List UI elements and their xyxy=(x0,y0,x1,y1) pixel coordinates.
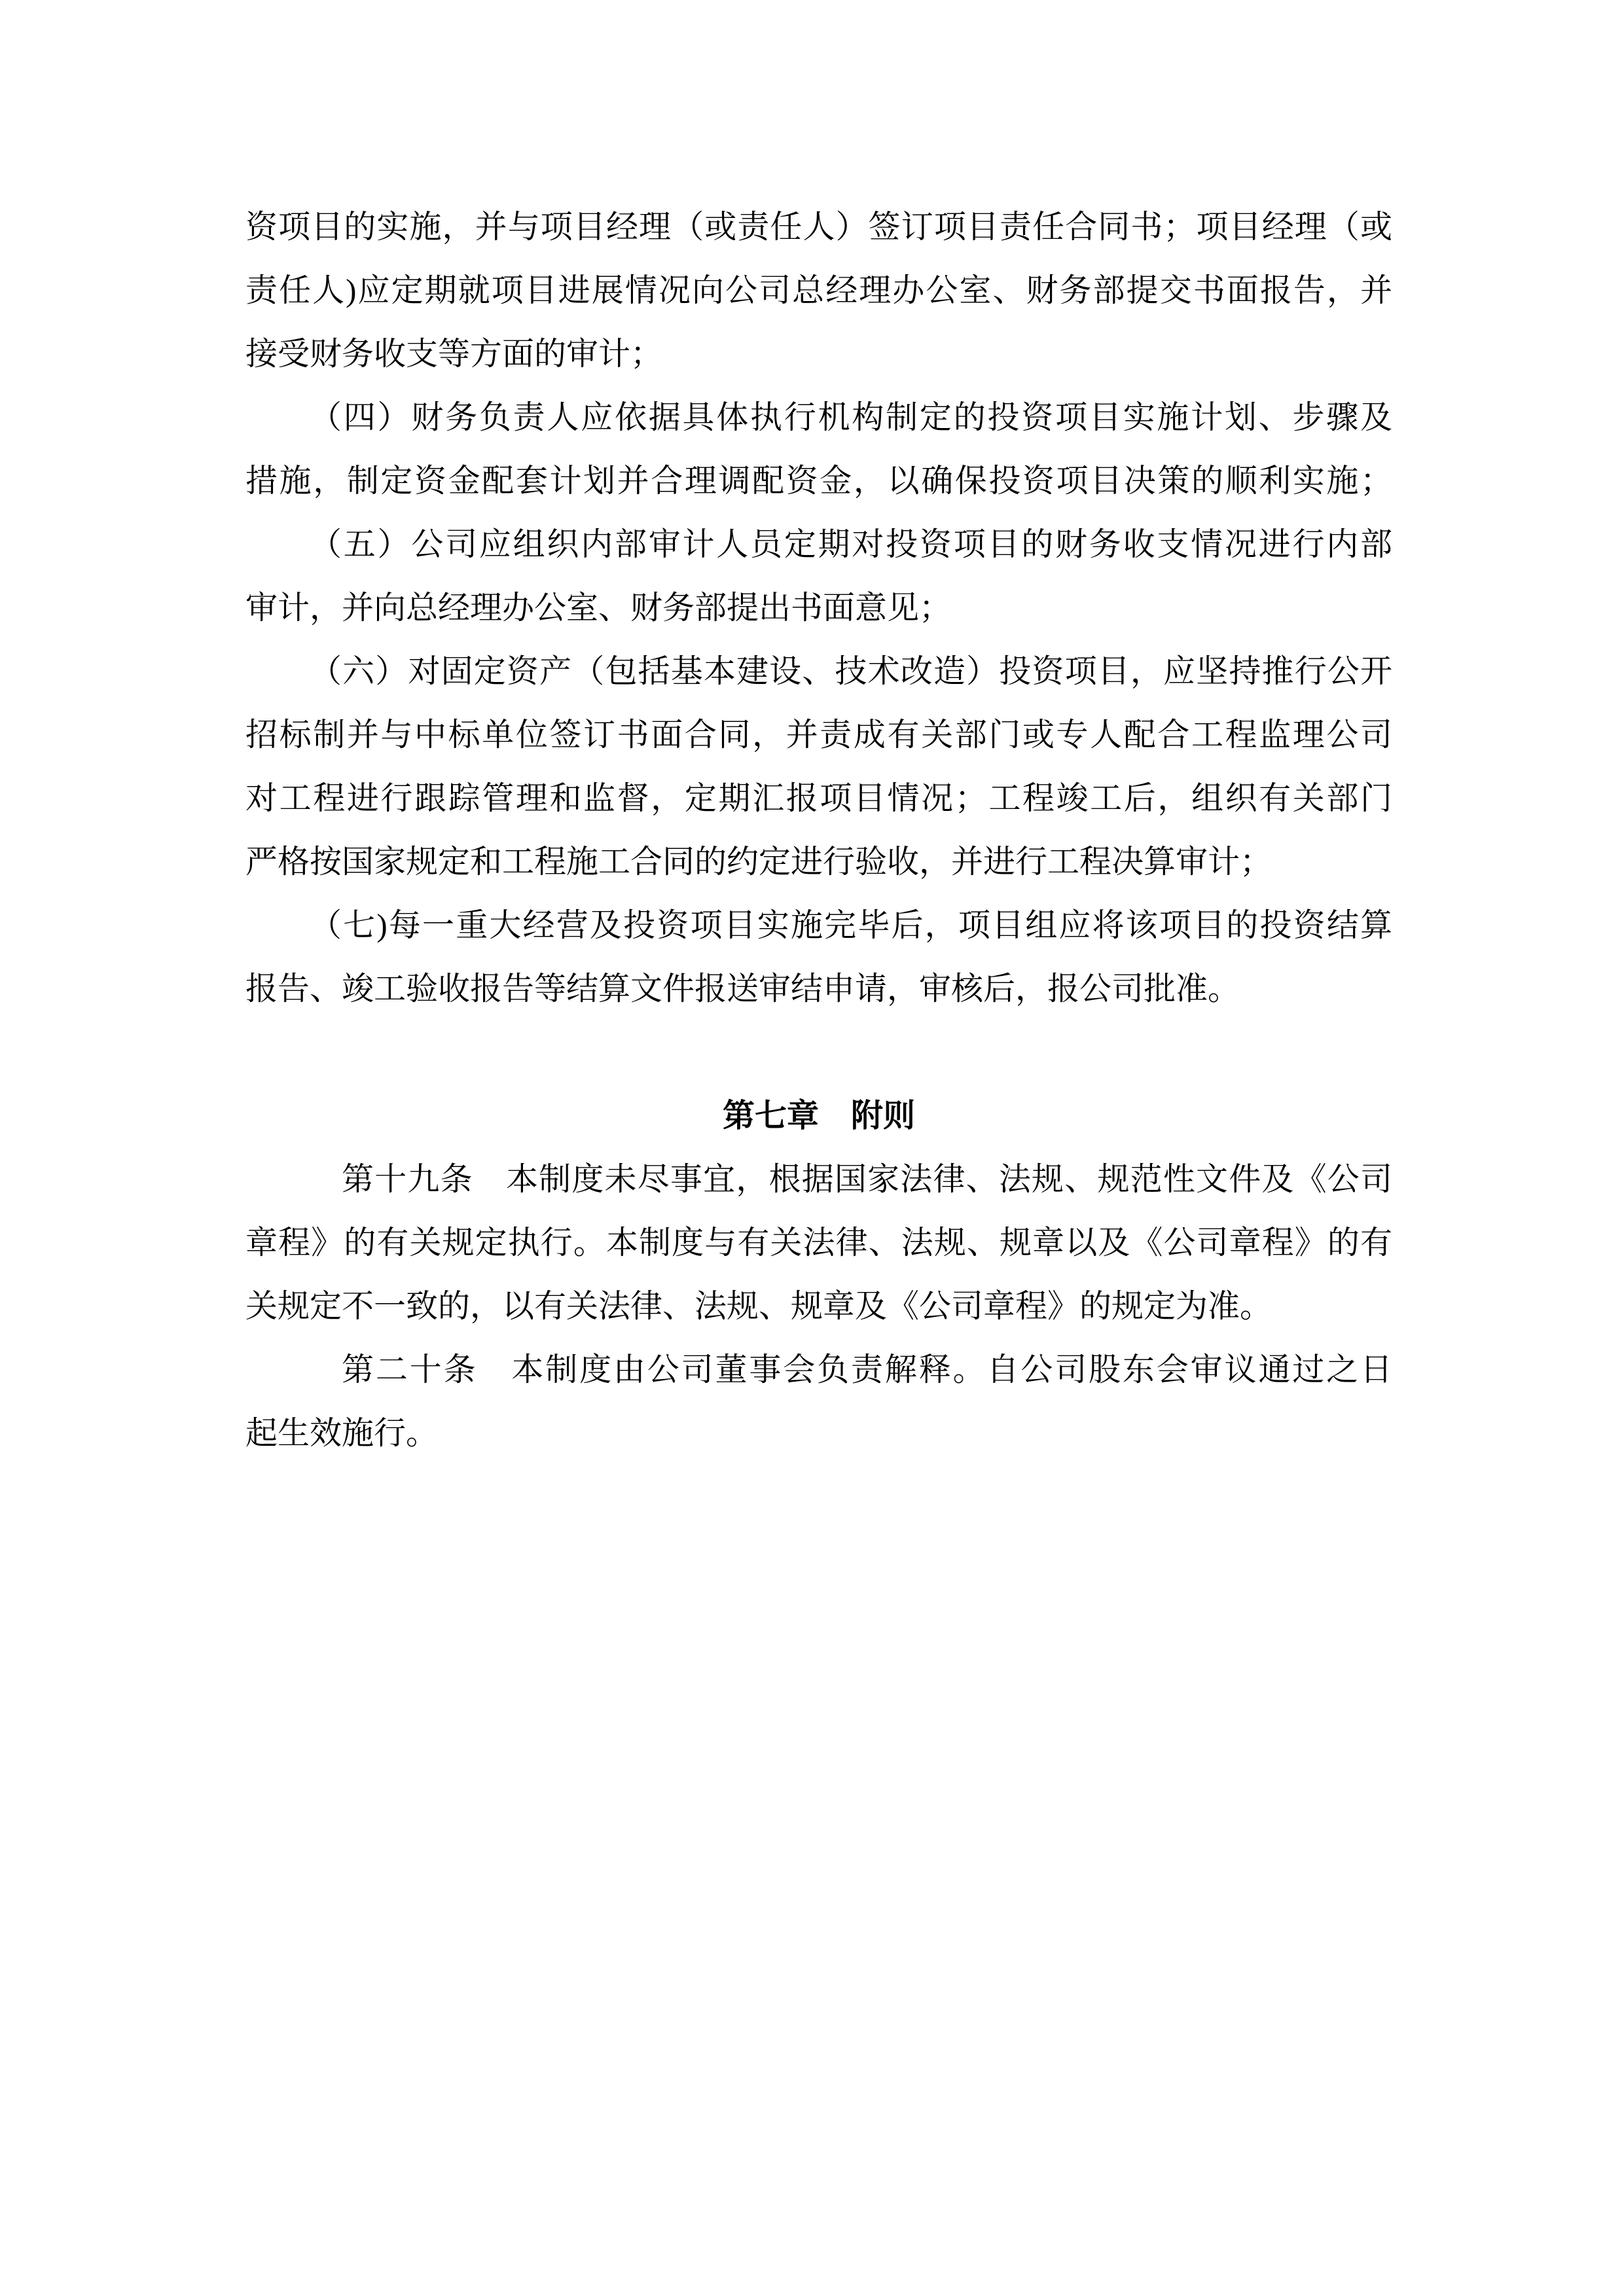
text-line: 报告、竣工验收报告等结算文件报送审结申请，审核后，报公司批准。 xyxy=(245,957,1392,1020)
text-line: 措施，制定资金配套计划并合理调配资金，以确保投资项目决策的顺利实施； xyxy=(245,449,1392,512)
text-line: （六）对固定资产（包括基本建设、技术改造）投资项目，应坚持推行公开 xyxy=(245,639,1392,703)
text-line: （七)每一重大经营及投资项目实施完毕后，项目组应将该项目的投资结算 xyxy=(245,893,1392,957)
text-line: 关规定不一致的，以有关法律、法规、规章及《公司章程》的规定为准。 xyxy=(245,1274,1392,1338)
text-line: 接受财务收支等方面的审计； xyxy=(245,322,1392,386)
document-body: 资项目的实施，并与项目经理（或责任人）签订项目责任合同书；项目经理（或责任人)应… xyxy=(245,195,1392,1465)
chapter-heading: 第七章 附则 xyxy=(245,1084,1392,1147)
text-line: 第二十条 本制度由公司董事会负责解释。自公司股东会审议通过之日 xyxy=(245,1338,1392,1401)
text-line: （五）公司应组织内部审计人员定期对投资项目的财务收支情况进行内部 xyxy=(245,512,1392,576)
text-line: 严格按国家规定和工程施工合同的约定进行验收，并进行工程决算审计； xyxy=(245,830,1392,893)
text-line: （四）财务负责人应依据具体执行机构制定的投资项目实施计划、步骤及 xyxy=(245,386,1392,449)
text-line: 对工程进行跟踪管理和监督，定期汇报项目情况；工程竣工后，组织有关部门 xyxy=(245,766,1392,830)
text-line: 招标制并与中标单位签订书面合同，并责成有关部门或专人配合工程监理公司 xyxy=(245,703,1392,766)
document-page: 资项目的实施，并与项目经理（或责任人）签订项目责任合同书；项目经理（或责任人)应… xyxy=(0,0,1624,2296)
text-line: 起生效施行。 xyxy=(245,1401,1392,1465)
text-line: 责任人)应定期就项目进展情况向公司总经理办公室、财务部提交书面报告，并 xyxy=(245,259,1392,322)
text-line: 章程》的有关规定执行。本制度与有关法律、法规、规章以及《公司章程》的有 xyxy=(245,1211,1392,1274)
text-line: 审计，并向总经理办公室、财务部提出书面意见； xyxy=(245,576,1392,639)
text-line: 第十九条 本制度未尽事宜，根据国家法律、法规、规范性文件及《公司 xyxy=(245,1147,1392,1211)
text-line: 资项目的实施，并与项目经理（或责任人）签订项目责任合同书；项目经理（或 xyxy=(245,195,1392,259)
blank-line xyxy=(245,1020,1392,1084)
